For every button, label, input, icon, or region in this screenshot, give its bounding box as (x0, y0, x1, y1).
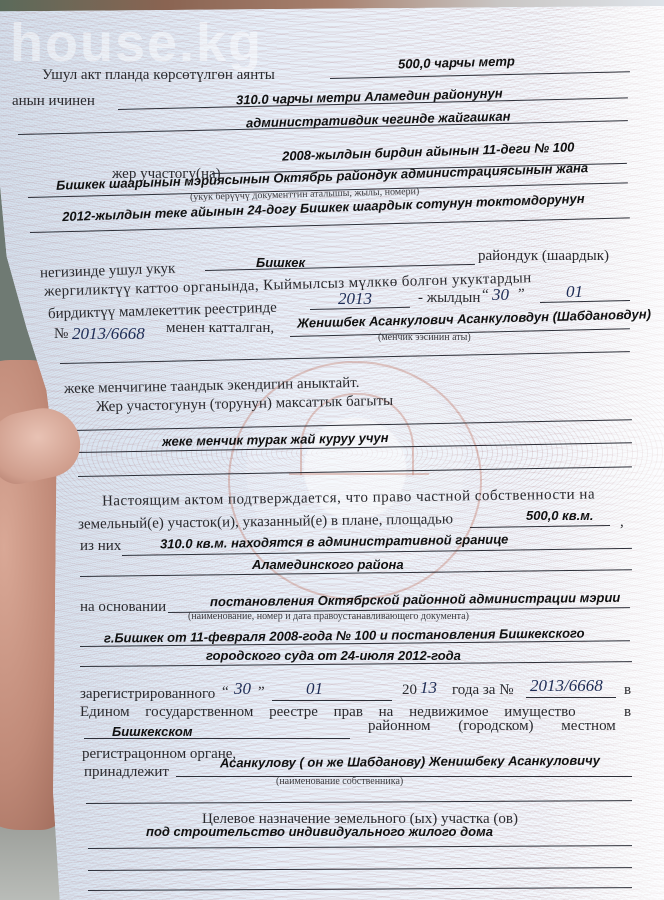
organ-label: регистрацонном органе, (82, 746, 236, 763)
in-word-2: в (624, 704, 631, 721)
decree-line-1: 2008-жылдын бирдин айынын 11-деги № 100 (282, 139, 575, 163)
statement-1: Настоящим актом подтверждается, что прав… (102, 487, 595, 511)
in-word: в (624, 682, 631, 699)
registered-label: зарегистрированного (80, 686, 215, 703)
city-value-ru: Бишкекском (112, 724, 193, 739)
rule (272, 700, 392, 701)
of-which-label: из них (80, 538, 121, 555)
year-suffix-ru: года за № (452, 682, 514, 699)
number-handwritten-ru[interactable]: 2013/6668 (530, 676, 603, 696)
basis-value-3: городского суда от 24-июля 2012-года (206, 648, 461, 663)
basis-label-ru: на основании (80, 599, 166, 616)
of-which-value-2: Аламединского района (252, 557, 404, 572)
number-prefix: № (54, 326, 68, 343)
month-handwritten[interactable]: 01 (566, 282, 583, 302)
belongs-label: принадлежит (84, 764, 169, 781)
area-value-ru: 500,0 кв.м. (526, 508, 593, 523)
including-label: анын ичинен (12, 93, 95, 110)
rule (176, 776, 632, 777)
district-label: райондук (шаардык) (478, 248, 609, 265)
owner-name-ru: Асанкулову ( он же Шабданову) Женишбеку … (220, 753, 600, 771)
owner-caption: (менчик ээсинин аты) (378, 332, 471, 343)
month-handwritten-ru[interactable]: 01 (306, 679, 323, 699)
watermark: house.kg (10, 12, 263, 74)
area-comma: , (620, 514, 624, 531)
year-prefix-ru: 20 (402, 682, 417, 699)
area-label: Ушул акт планда көрсөтүлгөн аянты (42, 67, 275, 84)
year-handwritten[interactable]: 2013 (338, 289, 372, 309)
day-handwritten[interactable]: 30 (492, 285, 509, 305)
day-handwritten-ru[interactable]: 30 (234, 679, 251, 699)
rule (84, 738, 350, 739)
quote-close-ru: ” (258, 684, 265, 701)
registered-with: менен катталган, (166, 320, 274, 337)
purpose-value-ru: под строительство индивидуального жилого… (146, 824, 493, 839)
year-suffix: - жылдын (418, 290, 480, 307)
rule (310, 307, 410, 310)
basis-label: негизинде ушул укук (40, 261, 176, 283)
rule (205, 264, 475, 271)
quote-close: ” (518, 286, 525, 303)
land-ownership-certificate: house.kg Ушул акт планда көрсөтүлгөн аян… (0, 6, 664, 900)
district-label-ru: районном (городском) местном (368, 718, 616, 735)
area-value: 500,0 чарчы метр (398, 53, 515, 71)
year-handwritten-ru[interactable]: 13 (420, 678, 437, 698)
number-handwritten[interactable]: 2013/6668 (72, 324, 145, 344)
rule (526, 697, 616, 698)
quote-open: “ (482, 287, 489, 304)
quote-open-ru: “ (222, 684, 229, 701)
basis-caption: (наименование, номер и дата правоустанав… (188, 611, 469, 622)
owner-caption-ru: (наименование собственника) (276, 776, 403, 787)
